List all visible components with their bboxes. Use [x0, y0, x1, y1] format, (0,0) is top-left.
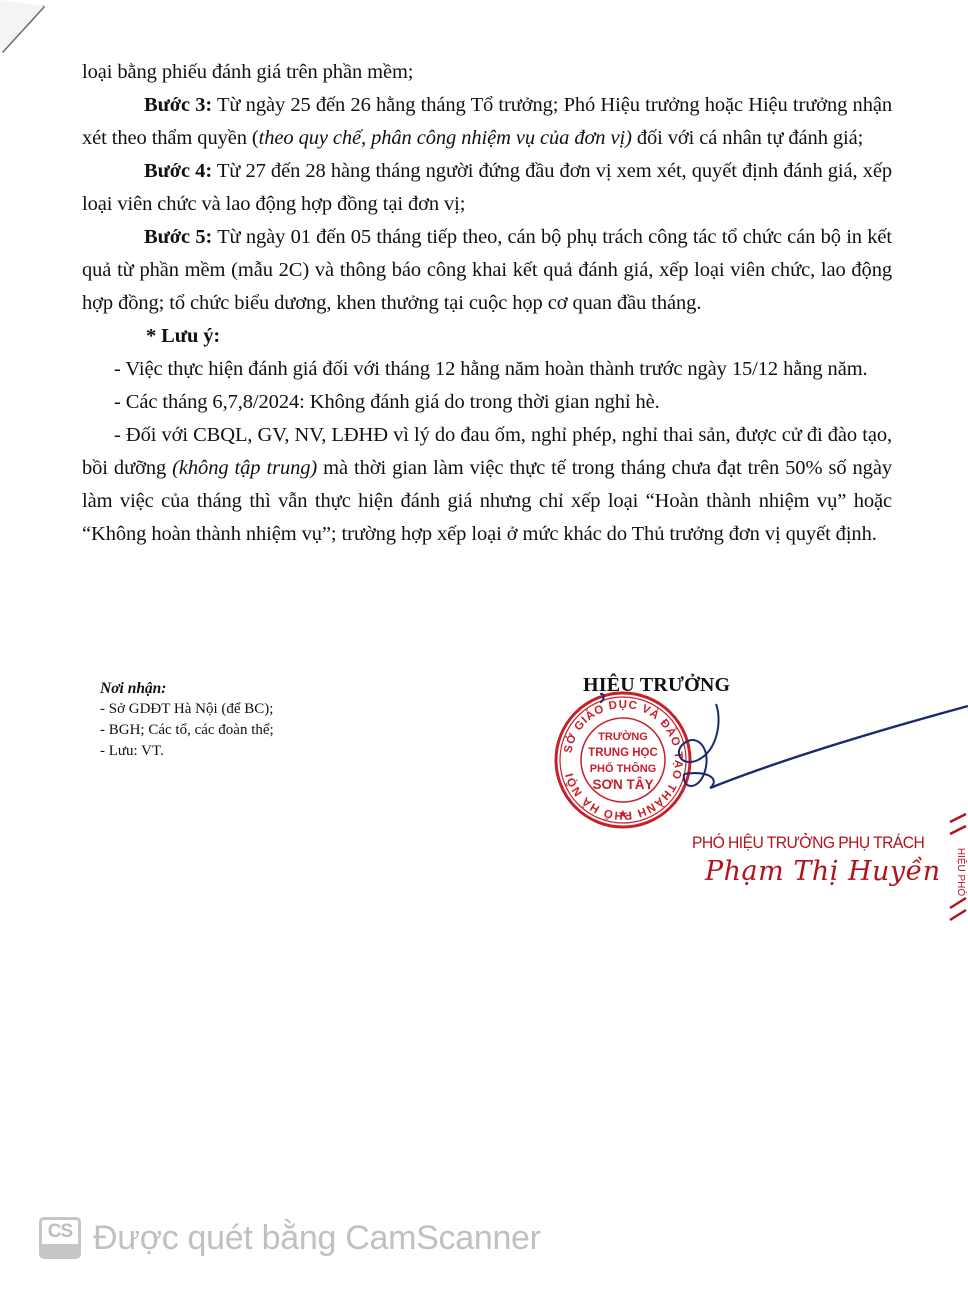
watermark-text: Được quét bằng CamScanner: [93, 1219, 541, 1258]
page-edge-stamp-fragment: HIỆU PHÓ: [948, 812, 968, 932]
step-5: Bước 5: Từ ngày 01 đến 05 tháng tiếp the…: [82, 221, 892, 320]
recipient-item: - BGH; Các tổ, các đoàn thể;: [100, 720, 274, 741]
recipient-item: - Sở GDĐT Hà Nội (để BC);: [100, 699, 274, 720]
page-corner-fold-mark: [0, 0, 60, 60]
signer-name: Phạm Thị Huyền: [705, 856, 941, 887]
handwritten-signature: [600, 690, 968, 810]
step-3-label: Bước 3:: [144, 94, 212, 116]
step-3: Bước 3: Từ ngày 25 đến 26 hằng tháng Tổ …: [82, 89, 892, 155]
document-body: loại bằng phiếu đánh giá trên phần mềm; …: [82, 56, 892, 551]
camscanner-watermark: CS Được quét bằng CamScanner: [39, 1217, 541, 1259]
camscanner-logo-icon: CS: [39, 1217, 81, 1259]
position-stamp: PHÓ HIỆU TRƯỞNG PHỤ TRÁCH: [692, 833, 924, 853]
continuation-line: loại bằng phiếu đánh giá trên phần mềm;: [82, 56, 892, 89]
note-item-1: - Việc thực hiện đánh giá đối với tháng …: [82, 353, 892, 386]
recipient-item: - Lưu: VT.: [100, 741, 274, 762]
step-4-label: Bước 4:: [144, 160, 212, 182]
note-title: * Lưu ý:: [82, 320, 892, 353]
step-5-label: Bước 5:: [144, 226, 212, 248]
note-item-3: - Đối với CBQL, GV, NV, LĐHĐ vì lý do đa…: [82, 419, 892, 551]
note-item-2: - Các tháng 6,7,8/2024: Không đánh giá d…: [82, 386, 892, 419]
recipients-block: Nơi nhận: - Sở GDĐT Hà Nội (để BC); - BG…: [100, 678, 274, 762]
step-4: Bước 4: Từ 27 đến 28 hàng tháng người đứ…: [82, 155, 892, 221]
svg-text:HIỆU PHÓ: HIỆU PHÓ: [955, 848, 968, 897]
recipients-title: Nơi nhận:: [100, 678, 274, 699]
